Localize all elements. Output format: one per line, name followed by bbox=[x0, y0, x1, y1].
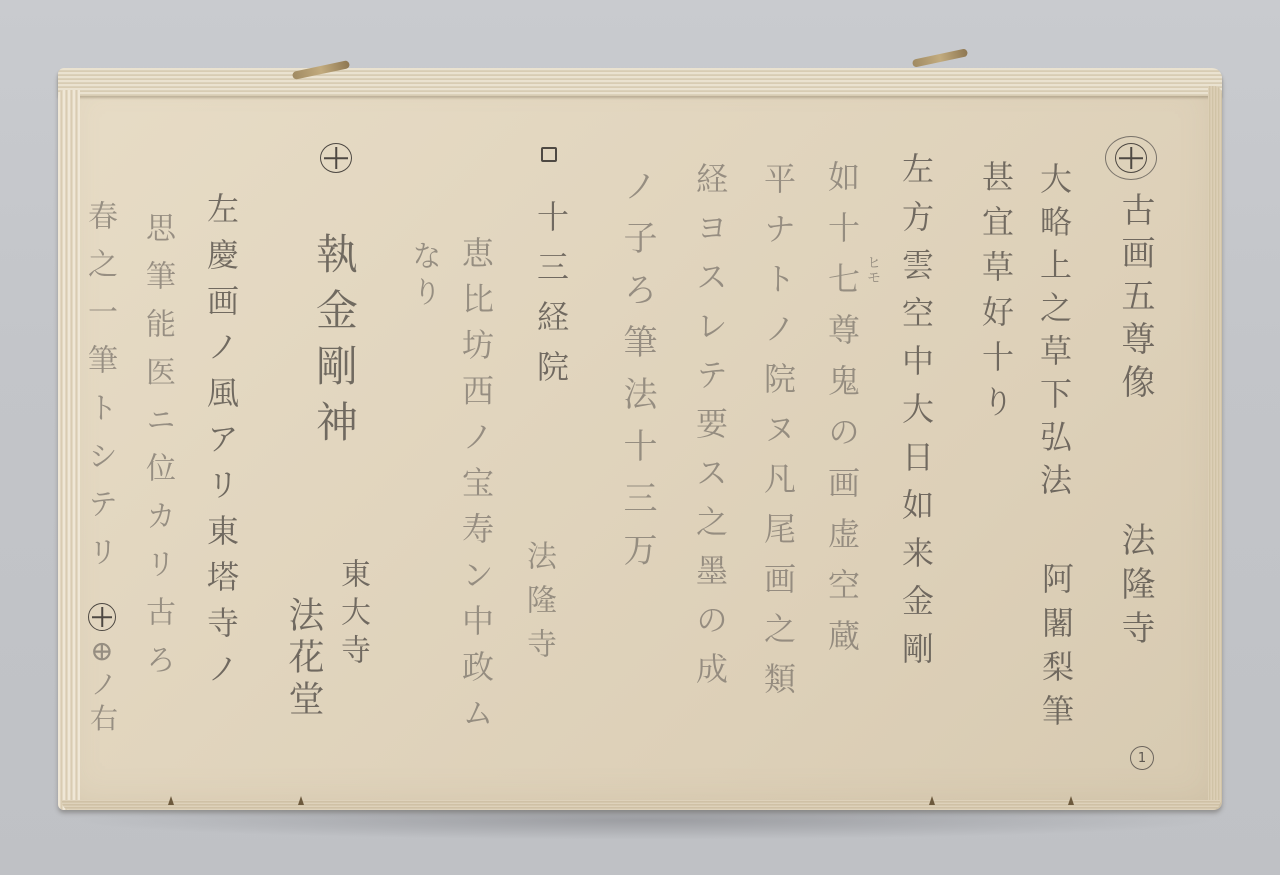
page-bottom-edge bbox=[62, 800, 1220, 810]
handwritten-column: なり bbox=[408, 240, 438, 312]
binding-notch bbox=[298, 796, 304, 805]
handwritten-column: 阿闍梨筆 bbox=[1040, 562, 1072, 738]
handwritten-column: 如十七尊鬼の画虚空蔵 bbox=[826, 160, 858, 670]
page-stack-top-edge bbox=[58, 68, 1222, 96]
handwritten-column: 法隆寺 bbox=[523, 540, 553, 672]
handwritten-column: 左方雲空中大日如来金剛 bbox=[900, 152, 932, 680]
binding-notch bbox=[929, 796, 935, 805]
handwritten-column: 経ヨスレテ要ス之墨の成 bbox=[694, 162, 726, 701]
handwritten-column: 大略上之草下弘法 bbox=[1038, 162, 1070, 506]
binding-notch bbox=[1068, 796, 1074, 805]
handwritten-column: 左慶画ノ風アリ東塔寺ノ bbox=[205, 192, 237, 698]
handwritten-column: 恵比坊西ノ宝寿ン中政ム bbox=[460, 236, 492, 742]
handwritten-column: 法隆寺 bbox=[1118, 522, 1152, 654]
handwritten-column: 平ナトノ院ヌ凡尾画之類 bbox=[762, 162, 794, 712]
handwritten-annotation: ヒモ bbox=[866, 255, 880, 285]
handwritten-column: ノ子ろ筆法十三万 bbox=[620, 168, 654, 584]
handwritten-column: ⊕ノ右 bbox=[88, 640, 116, 737]
circled-cross-mark-bottom-left bbox=[88, 603, 116, 631]
handwritten-column: 古画五尊像 bbox=[1118, 192, 1152, 407]
binding-string-right bbox=[912, 48, 968, 67]
handwritten-column: 法花堂 bbox=[285, 596, 321, 722]
handwritten-column: 執金剛神 bbox=[313, 232, 355, 456]
circled-cross-mark-top-right bbox=[1115, 143, 1147, 173]
handwritten-column: 思筆能医ニ位カリ古ろ bbox=[142, 212, 172, 692]
handwritten-column: 十三経院 bbox=[535, 200, 567, 400]
square-mark bbox=[541, 147, 557, 162]
handwritten-column: 甚宜草好十り bbox=[980, 160, 1012, 430]
handwritten-column: 春之一筆トシテリ bbox=[84, 200, 114, 584]
binding-left-edge bbox=[58, 90, 80, 810]
page-number: 1 bbox=[1130, 746, 1154, 770]
circled-cross-mark-middle bbox=[320, 143, 352, 173]
handwritten-column: 東大寺 bbox=[337, 558, 367, 672]
page-right-edge bbox=[1208, 86, 1222, 806]
binding-notch bbox=[168, 796, 174, 805]
